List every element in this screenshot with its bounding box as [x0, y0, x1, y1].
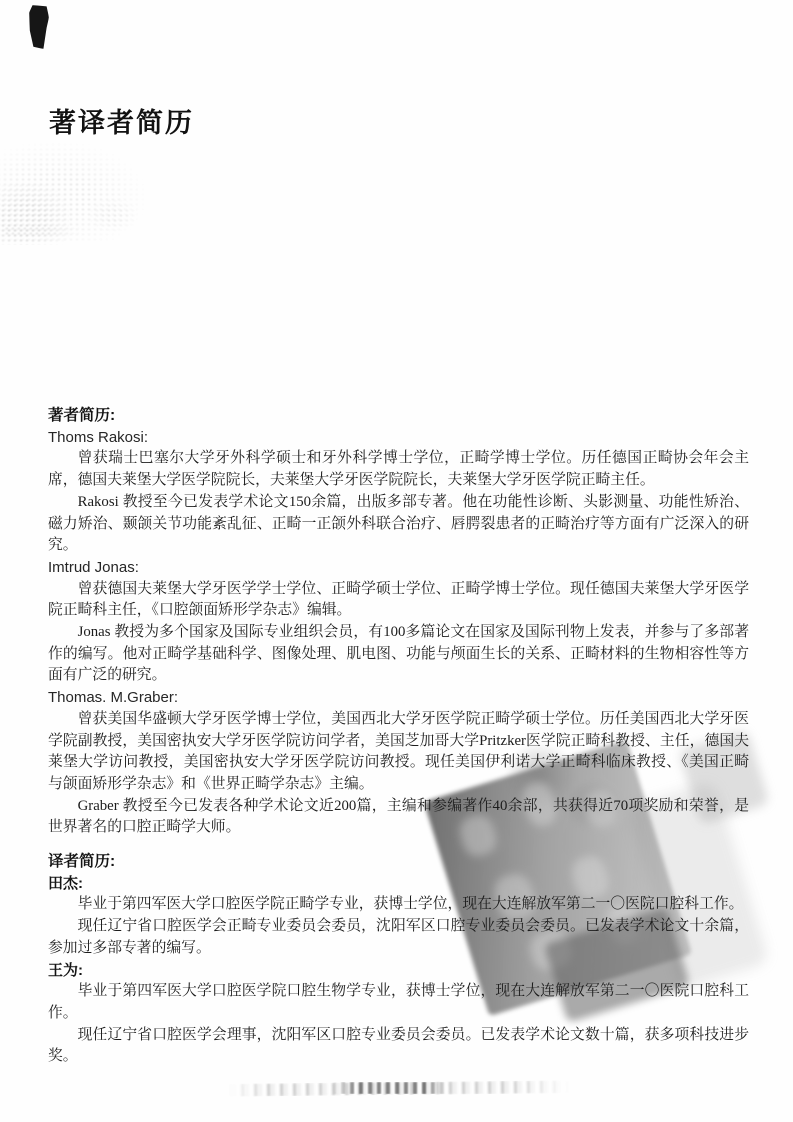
author-section-heading: 著者简历:: [48, 405, 749, 427]
footer-illegible-imprint: [332, 1082, 450, 1094]
scanner-noise-smudge: [88, 198, 138, 232]
tianjie-bio-paragraph: 毕业于第四军医大学口腔医学院正畸学专业，获博士学位，现在大连解放军第二一〇医院口…: [48, 894, 749, 916]
graber-bio-paragraph: Graber 教授至今已发表各种学术论文近200篇，主编和参编著作40余部，共获…: [48, 796, 749, 839]
author-name-jonas: Imtrud Jonas:: [48, 557, 749, 579]
jonas-bio-paragraph: Jonas 教授为多个国家及国际专业组织会员，有100多篇论文在国家及国际刊物上…: [48, 622, 749, 687]
author-name-rakosi: Thoms Rakosi:: [48, 427, 749, 449]
page-title: 著译者简历: [49, 101, 194, 140]
corner-ink-mark: [29, 5, 49, 49]
rakosi-bio-paragraph: Rakosi 教授至今已发表学术论文150余篇，出版多部专著。他在功能性诊断、头…: [48, 492, 749, 557]
jonas-bio-paragraph: 曾获德国夫莱堡大学牙医学学士学位、正畸学硕士学位、正畸学博士学位。现任德国夫莱堡…: [48, 579, 749, 622]
translator-name-tianjie: 田杰:: [48, 873, 749, 895]
graber-bio-paragraph: 曾获美国华盛顿大学牙医学博士学位，美国西北大学牙医学院正畸学硕士学位。历任美国西…: [48, 709, 749, 796]
wangwei-bio-paragraph: 毕业于第四军医大学口腔医学院口腔生物学专业，获博士学位，现在大连解放军第二一〇医…: [48, 981, 749, 1024]
scanner-noise-smudge: [0, 183, 69, 245]
scanner-noise-smudge: [4, 226, 82, 235]
scanner-noise-smudge: [0, 142, 145, 242]
rakosi-bio-paragraph: 曾获瑞士巴塞尔大学牙外科学硕士和牙外科学博士学位，正畸学博士学位。历任德国正畸协…: [48, 448, 749, 491]
tianjie-bio-paragraph: 现任辽宁省口腔医学会正畸专业委员会委员，沈阳军区口腔专业委员会委员。已发表学术论…: [48, 916, 749, 959]
translator-name-wangwei: 王为:: [48, 960, 749, 982]
author-name-graber: Thomas. M.Graber:: [48, 687, 749, 709]
biography-content: 著者简历: Thoms Rakosi: 曾获瑞士巴塞尔大学牙外科学硕士和牙外科学…: [48, 405, 749, 1068]
translator-section-heading: 译者简历:: [48, 851, 749, 873]
scanned-book-page: 著译者简历 著者简历: Thoms Rakosi: 曾获瑞士巴塞尔大学牙外科学硕…: [0, 0, 793, 1122]
wangwei-bio-paragraph: 现任辽宁省口腔医学会理事，沈阳军区口腔专业委员会委员。已发表学术论文数十篇，获多…: [48, 1025, 749, 1068]
